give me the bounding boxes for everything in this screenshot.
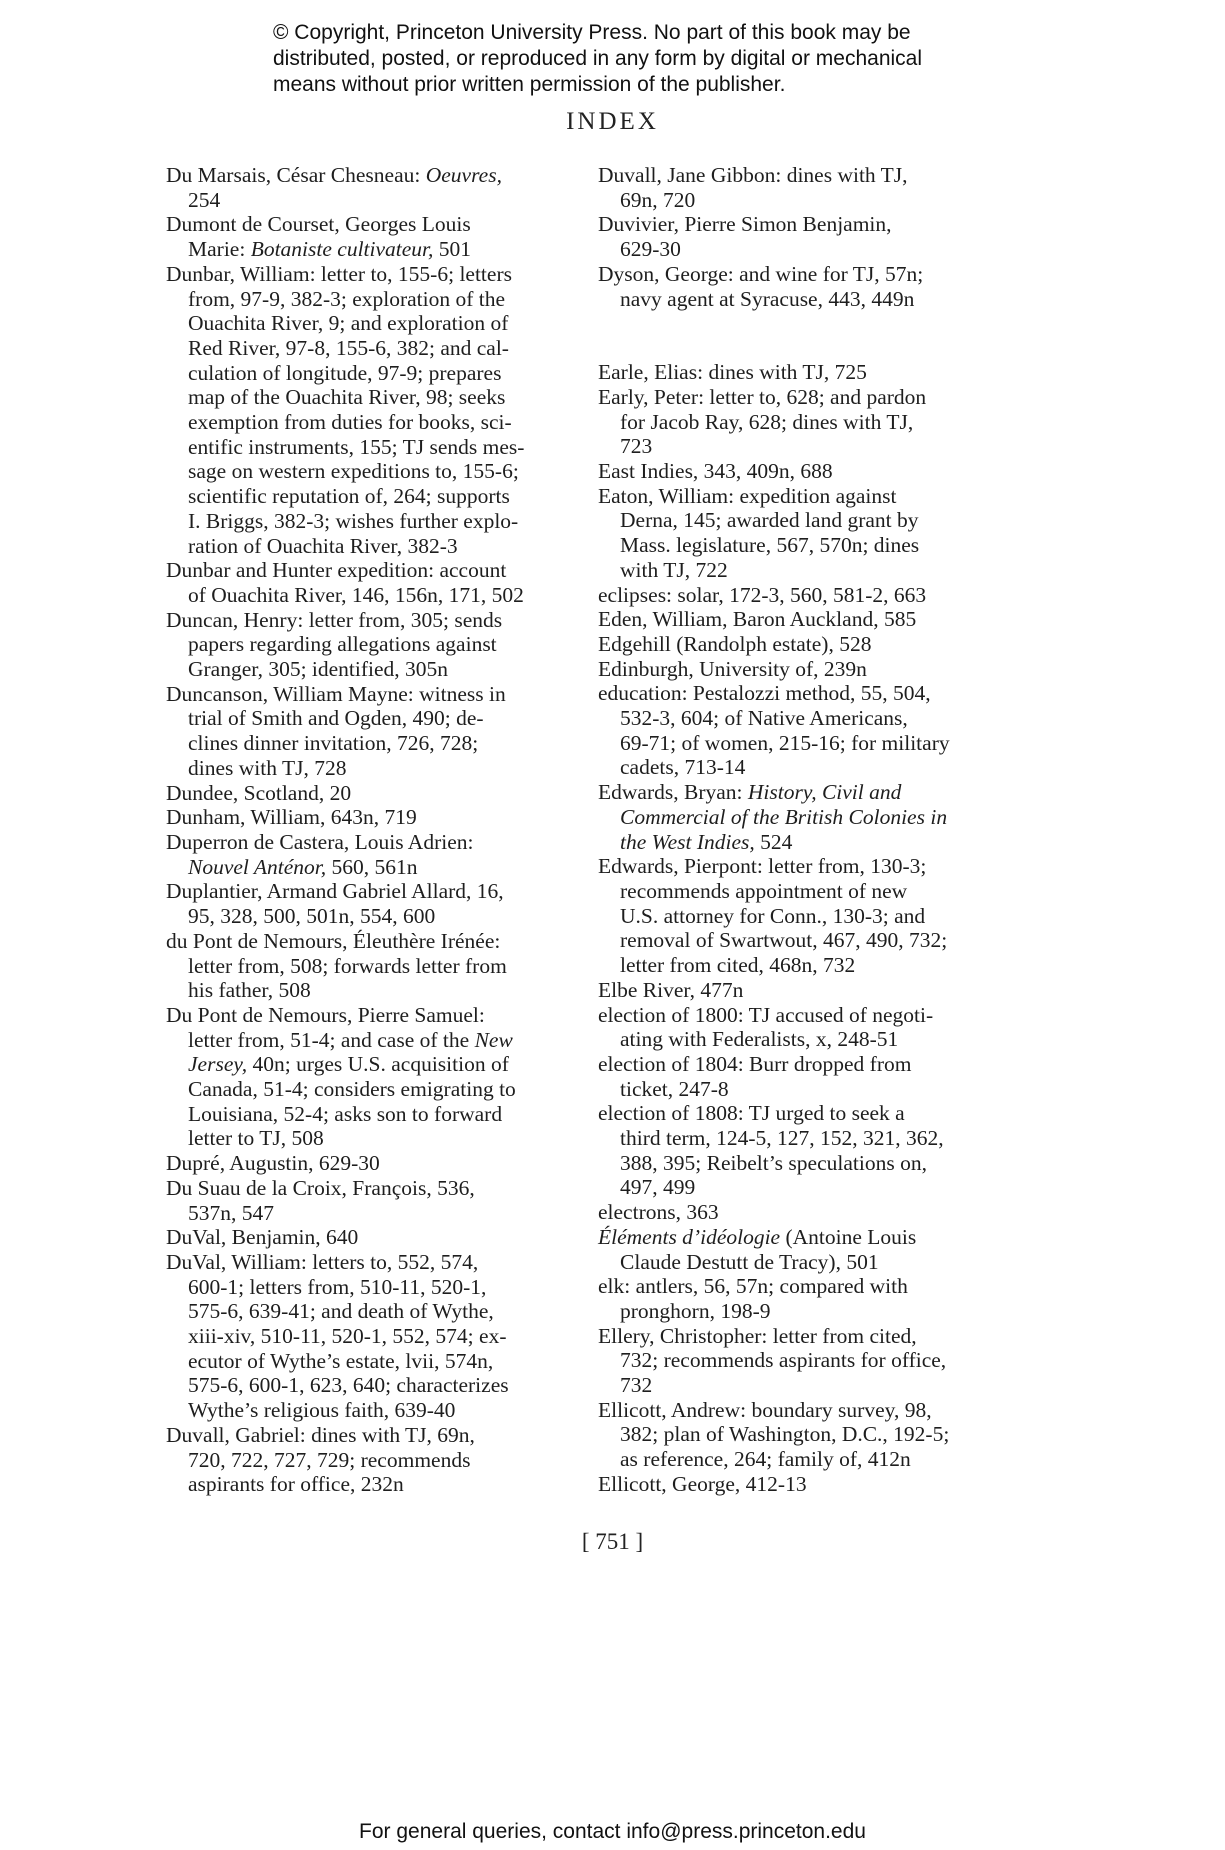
entry-text: 575-6, 600-1, 623, 640; characterizes [188, 1373, 509, 1397]
index-entry-continuation-line: navy agent at Syracuse, 443, 449n [598, 287, 1018, 312]
index-entry: DuVal, William: letters to, 552, 574,600… [166, 1250, 576, 1423]
index-entry-continuation-line: removal of Swartwout, 467, 490, 732; [598, 928, 1018, 953]
index-entry-continuation-line: map of the Ouachita River, 98; seeks [166, 385, 576, 410]
entry-text: I. Briggs, 382-3; wishes further explo- [188, 509, 518, 533]
index-entry-heading-line: Ellery, Christopher: letter from cited, [598, 1324, 1018, 1349]
index-entry-continuation-line: letter from, 51-4; and case of the New [166, 1028, 576, 1053]
entry-text: Dunbar, William: letter to, 155-6; lette… [166, 262, 512, 286]
entry-text: Duncan, Henry: letter from, 305; sends [166, 608, 502, 632]
index-entry-heading-line: Edinburgh, University of, 239n [598, 657, 1018, 682]
entry-text: Marie: [188, 237, 251, 261]
entry-text: Edwards, Pierpont: letter from, 130-3; [598, 854, 926, 878]
index-entry-heading-line: Duncan, Henry: letter from, 305; sends [166, 608, 576, 633]
entry-text: ticket, 247-8 [620, 1077, 729, 1101]
index-entry: Dunbar and Hunter expedition: accountof … [166, 558, 576, 607]
entry-text: 69-71; of women, 215-16; for military [620, 731, 950, 755]
entry-text: Duvall, Jane Gibbon: dines with TJ, [598, 163, 908, 187]
index-entry: Eden, William, Baron Auckland, 585 [598, 607, 1018, 632]
entry-text: Du Suau de la Croix, François, 536, [166, 1176, 475, 1200]
index-entry-heading-line: Elbe River, 477n [598, 978, 1018, 1003]
index-entry-continuation-line: ating with Federalists, x, 248-51 [598, 1027, 1018, 1052]
index-entry-continuation-line: Commercial of the British Colonies in [598, 805, 1018, 830]
index-entry: Dumont de Courset, Georges LouisMarie: B… [166, 212, 576, 261]
index-entry: Dunham, William, 643n, 719 [166, 805, 576, 830]
index-entry-heading-line: Eaton, William: expedition against [598, 484, 1018, 509]
index-entry: Dundee, Scotland, 20 [166, 781, 576, 806]
entry-text: for Jacob Ray, 628; dines with TJ, [620, 410, 913, 434]
entry-text: Mass. legislature, 567, 570n; dines [620, 533, 919, 557]
index-entry: election of 1808: TJ urged to seek athir… [598, 1101, 1018, 1200]
index-entry-continuation-line: Nouvel Anténor, 560, 561n [166, 855, 576, 880]
index-entry: Dunbar, William: letter to, 155-6; lette… [166, 262, 576, 558]
letter-section-gap [598, 311, 1018, 360]
index-entry: Duperron de Castera, Louis Adrien:Nouvel… [166, 830, 576, 879]
italic-title-text: History, Civil and [748, 780, 902, 804]
index-entry: Duvivier, Pierre Simon Benjamin,629-30 [598, 212, 1018, 261]
index-entry-heading-line: Du Pont de Nemours, Pierre Samuel: [166, 1003, 576, 1028]
copyright-notice: © Copyright, Princeton University Press.… [273, 20, 993, 98]
index-entry: Edwards, Bryan: History, Civil andCommer… [598, 780, 1018, 854]
entry-text: from, 97-9, 382-3; exploration of the [188, 287, 505, 311]
entry-text: letter from cited, 468n, 732 [620, 953, 855, 977]
entry-text: 732 [620, 1373, 652, 1397]
index-entry-heading-line: Duplantier, Armand Gabriel Allard, 16, [166, 879, 576, 904]
index-entry: Edgehill (Randolph estate), 528 [598, 632, 1018, 657]
entry-text: Wythe’s religious faith, 639-40 [188, 1398, 455, 1422]
entry-text: electrons, 363 [598, 1200, 719, 1224]
entry-text: Early, Peter: letter to, 628; and pardon [598, 385, 926, 409]
index-entry-continuation-line: letter from, 508; forwards letter from [166, 954, 576, 979]
entry-text: ating with Federalists, x, 248-51 [620, 1027, 898, 1051]
entry-text: cadets, 713-14 [620, 755, 745, 779]
index-entry-continuation-line: Canada, 51-4; considers emigrating to [166, 1077, 576, 1102]
index-entry: Elbe River, 477n [598, 978, 1018, 1003]
entry-text: Duvall, Gabriel: dines with TJ, 69n, [166, 1423, 475, 1447]
index-entry-continuation-line: cadets, 713-14 [598, 755, 1018, 780]
entry-text: DuVal, William: letters to, 552, 574, [166, 1250, 478, 1274]
entry-text: Dyson, George: and wine for TJ, 57n; [598, 262, 923, 286]
index-entry-continuation-line: I. Briggs, 382-3; wishes further explo- [166, 509, 576, 534]
index-entry: Ellery, Christopher: letter from cited,7… [598, 1324, 1018, 1398]
entry-text: map of the Ouachita River, 98; seeks [188, 385, 505, 409]
entry-text: Claude Destutt de Tracy), 501 [620, 1250, 879, 1274]
entry-text: papers regarding allegations against [188, 632, 497, 656]
entry-text: Duncanson, William Mayne: witness in [166, 682, 506, 706]
entry-text: Du Marsais, César Chesneau: [166, 163, 426, 187]
index-entry-heading-line: DuVal, Benjamin, 640 [166, 1225, 576, 1250]
entry-text: 524 [755, 830, 793, 854]
index-entry-heading-line: elk: antlers, 56, 57n; compared with [598, 1274, 1018, 1299]
index-entry-continuation-line: culation of longitude, 97-9; prepares [166, 361, 576, 386]
index-entry-continuation-line: dines with TJ, 728 [166, 756, 576, 781]
index-entry-continuation-line: Derna, 145; awarded land grant by [598, 508, 1018, 533]
entry-text: Duvivier, Pierre Simon Benjamin, [598, 212, 892, 236]
index-entry-continuation-line: Louisiana, 52-4; asks son to forward [166, 1102, 576, 1127]
index-entry-heading-line: electrons, 363 [598, 1200, 1018, 1225]
index-entry-continuation-line: 388, 395; Reibelt’s speculations on, [598, 1151, 1018, 1176]
entry-text: dines with TJ, 728 [188, 756, 346, 780]
entry-text: 600-1; letters from, 510-11, 520-1, [188, 1275, 486, 1299]
entry-text: Dupré, Augustin, 629-30 [166, 1151, 380, 1175]
index-entry-continuation-line: Wythe’s religious faith, 639-40 [166, 1398, 576, 1423]
index-entry-continuation-line: 720, 722, 727, 729; recommends [166, 1448, 576, 1473]
entry-text: eclipses: solar, 172-3, 560, 581-2, 663 [598, 583, 926, 607]
index-entry-heading-line: Duvall, Gabriel: dines with TJ, 69n, [166, 1423, 576, 1448]
index-entry-continuation-line: entific instruments, 155; TJ sends mes- [166, 435, 576, 460]
entry-text: as reference, 264; family of, 412n [620, 1447, 911, 1471]
index-entry-continuation-line: clines dinner invitation, 726, 728; [166, 731, 576, 756]
index-entry-heading-line: Du Marsais, César Chesneau: Oeuvres, [166, 163, 576, 188]
index-entry-heading-line: Dupré, Augustin, 629-30 [166, 1151, 576, 1176]
entry-text: Edinburgh, University of, 239n [598, 657, 867, 681]
entry-text: 732; recommends aspirants for office, [620, 1348, 946, 1372]
index-entry-continuation-line: 575-6, 639-41; and death of Wythe, [166, 1299, 576, 1324]
index-entry-continuation-line: 723 [598, 434, 1018, 459]
entry-text: Duperron de Castera, Louis Adrien: [166, 830, 474, 854]
index-entry-heading-line: Duperron de Castera, Louis Adrien: [166, 830, 576, 855]
entry-text: Edwards, Bryan: [598, 780, 748, 804]
index-entry: East Indies, 343, 409n, 688 [598, 459, 1018, 484]
entry-text: navy agent at Syracuse, 443, 449n [620, 287, 914, 311]
index-entry: Du Pont de Nemours, Pierre Samuel:letter… [166, 1003, 576, 1151]
index-entry: Duvall, Gabriel: dines with TJ, 69n,720,… [166, 1423, 576, 1497]
entry-text: Dundee, Scotland, 20 [166, 781, 351, 805]
entry-text: recommends appointment of new [620, 879, 907, 903]
index-entry-continuation-line: 95, 328, 500, 501n, 554, 600 [166, 904, 576, 929]
entry-text: third term, 124-5, 127, 152, 321, 362, [620, 1126, 944, 1150]
entry-text: education: Pestalozzi method, 55, 504, [598, 681, 931, 705]
index-entry-continuation-line: the West Indies, 524 [598, 830, 1018, 855]
index-entry-heading-line: election of 1800: TJ accused of negoti- [598, 1003, 1018, 1028]
italic-title-text: Éléments d’idéologie [598, 1225, 780, 1249]
index-entry-heading-line: Edwards, Pierpont: letter from, 130-3; [598, 854, 1018, 879]
entry-text: 575-6, 639-41; and death of Wythe, [188, 1299, 494, 1323]
index-entry-continuation-line: Marie: Botaniste cultivateur, 501 [166, 237, 576, 262]
entry-text: aspirants for office, 232n [188, 1472, 404, 1496]
entry-text: ration of Ouachita River, 382-3 [188, 534, 458, 558]
index-entry-continuation-line: sage on western expeditions to, 155-6; [166, 459, 576, 484]
entry-text: letter from, 51-4; and case of the [188, 1028, 475, 1052]
index-entry-heading-line: Duncanson, William Mayne: witness in [166, 682, 576, 707]
entry-text: Dunham, William, 643n, 719 [166, 805, 417, 829]
index-entry-heading-line: election of 1808: TJ urged to seek a [598, 1101, 1018, 1126]
index-entry-heading-line: education: Pestalozzi method, 55, 504, [598, 681, 1018, 706]
entry-text: with TJ, 722 [620, 558, 728, 582]
page-number: [ 751 ] [0, 1529, 1225, 1555]
entry-text: Duplantier, Armand Gabriel Allard, 16, [166, 879, 504, 903]
copyright-line: distributed, posted, or reproduced in an… [273, 46, 993, 72]
index-entry-heading-line: eclipses: solar, 172-3, 560, 581-2, 663 [598, 583, 1018, 608]
index-entry-heading-line: Duvivier, Pierre Simon Benjamin, [598, 212, 1018, 237]
contact-footer: For general queries, contact info@press.… [0, 1820, 1225, 1844]
index-entry-heading-line: Dunham, William, 643n, 719 [166, 805, 576, 830]
entry-text: Ellicott, Andrew: boundary survey, 98, [598, 1398, 932, 1422]
entry-text: Eaton, William: expedition against [598, 484, 896, 508]
index-entry: Ellicott, George, 412-13 [598, 1472, 1018, 1497]
entry-text: 69n, 720 [620, 188, 695, 212]
index-entry-continuation-line: letter to TJ, 508 [166, 1126, 576, 1151]
italic-title-text: Botaniste cultivateur, [251, 237, 434, 261]
index-entry-continuation-line: from, 97-9, 382-3; exploration of the [166, 287, 576, 312]
index-entry-continuation-line: aspirants for office, 232n [166, 1472, 576, 1497]
entry-text: Eden, William, Baron Auckland, 585 [598, 607, 916, 631]
index-entry-heading-line: Eden, William, Baron Auckland, 585 [598, 607, 1018, 632]
index-entry: Dupré, Augustin, 629-30 [166, 1151, 576, 1176]
index-entry: Duplantier, Armand Gabriel Allard, 16,95… [166, 879, 576, 928]
entry-text: election of 1804: Burr dropped from [598, 1052, 911, 1076]
entry-text: 382; plan of Washington, D.C., 192-5; [620, 1422, 949, 1446]
index-entry: Du Marsais, César Chesneau: Oeuvres,254 [166, 163, 576, 212]
entry-text: Dumont de Courset, Georges Louis [166, 212, 471, 236]
entry-text: Ouachita River, 9; and exploration of [188, 311, 508, 335]
index-entry-continuation-line: 382; plan of Washington, D.C., 192-5; [598, 1422, 1018, 1447]
index-entry-continuation-line: trial of Smith and Ogden, 490; de- [166, 706, 576, 731]
index-entry: Earle, Elias: dines with TJ, 725 [598, 360, 1018, 385]
index-entry-continuation-line: 629-30 [598, 237, 1018, 262]
index-entry-continuation-line: exemption from duties for books, sci- [166, 410, 576, 435]
entry-text: election of 1800: TJ accused of negoti- [598, 1003, 933, 1027]
index-entry: DuVal, Benjamin, 640 [166, 1225, 576, 1250]
index-entry-continuation-line: 732 [598, 1373, 1018, 1398]
entry-text: election of 1808: TJ urged to seek a [598, 1101, 905, 1125]
index-entry-continuation-line: Claude Destutt de Tracy), 501 [598, 1250, 1018, 1275]
entry-text: 388, 395; Reibelt’s speculations on, [620, 1151, 927, 1175]
entry-text: Earle, Elias: dines with TJ, 725 [598, 360, 867, 384]
index-entry-continuation-line: with TJ, 722 [598, 558, 1018, 583]
index-entry-heading-line: Duvall, Jane Gibbon: dines with TJ, [598, 163, 1018, 188]
index-entry-continuation-line: 532-3, 604; of Native Americans, [598, 706, 1018, 731]
index-entry-continuation-line: xiii-xiv, 510-11, 520-1, 552, 574; ex- [166, 1324, 576, 1349]
entry-text: scientific reputation of, 264; supports [188, 484, 510, 508]
index-entry: Dyson, George: and wine for TJ, 57n;navy… [598, 262, 1018, 311]
entry-text: exemption from duties for books, sci- [188, 410, 512, 434]
index-entry-continuation-line: ration of Ouachita River, 382-3 [166, 534, 576, 559]
index-entry: Early, Peter: letter to, 628; and pardon… [598, 385, 1018, 459]
entry-text: removal of Swartwout, 467, 490, 732; [620, 928, 947, 952]
index-entry-heading-line: Early, Peter: letter to, 628; and pardon [598, 385, 1018, 410]
entry-text: DuVal, Benjamin, 640 [166, 1225, 358, 1249]
index-entry-continuation-line: as reference, 264; family of, 412n [598, 1447, 1018, 1472]
index-entry-continuation-line: third term, 124-5, 127, 152, 321, 362, [598, 1126, 1018, 1151]
index-entry-heading-line: East Indies, 343, 409n, 688 [598, 459, 1018, 484]
entry-text: Du Pont de Nemours, Pierre Samuel: [166, 1003, 485, 1027]
entry-text: xiii-xiv, 510-11, 520-1, 552, 574; ex- [188, 1324, 506, 1348]
entry-text: du Pont de Nemours, Éleuthère Irénée: [166, 929, 500, 953]
entry-text: culation of longitude, 97-9; prepares [188, 361, 501, 385]
index-entry: education: Pestalozzi method, 55, 504,53… [598, 681, 1018, 780]
entry-text: his father, 508 [188, 978, 311, 1002]
index-entry: Éléments d’idéologie (Antoine LouisClaud… [598, 1225, 1018, 1274]
italic-title-text: Oeuvres, [426, 163, 502, 187]
index-entry-continuation-line: Mass. legislature, 567, 570n; dines [598, 533, 1018, 558]
entry-text: Canada, 51-4; considers emigrating to [188, 1077, 516, 1101]
entry-text: elk: antlers, 56, 57n; compared with [598, 1274, 908, 1298]
index-entry: election of 1804: Burr dropped fromticke… [598, 1052, 1018, 1101]
index-entry-heading-line: Edgehill (Randolph estate), 528 [598, 632, 1018, 657]
index-entry-continuation-line: scientific reputation of, 264; supports [166, 484, 576, 509]
entry-text: Granger, 305; identified, 305n [188, 657, 448, 681]
entry-text: sage on western expeditions to, 155-6; [188, 459, 519, 483]
index-entry: Ellicott, Andrew: boundary survey, 98,38… [598, 1398, 1018, 1472]
index-entry-continuation-line: Red River, 97-8, 155-6, 382; and cal- [166, 336, 576, 361]
entry-text: 723 [620, 434, 652, 458]
index-entry-continuation-line: papers regarding allegations against [166, 632, 576, 657]
index-entry-continuation-line: ecutor of Wythe’s estate, lvii, 574n, [166, 1349, 576, 1374]
italic-title-text: Jersey, [188, 1052, 247, 1076]
index-entry-continuation-line: ticket, 247-8 [598, 1077, 1018, 1102]
entry-text: Ellery, Christopher: letter from cited, [598, 1324, 917, 1348]
index-entry-heading-line: Éléments d’idéologie (Antoine Louis [598, 1225, 1018, 1250]
entry-text: Dunbar and Hunter expedition: account [166, 558, 506, 582]
copyright-line: © Copyright, Princeton University Press.… [273, 20, 993, 46]
entry-text: pronghorn, 198-9 [620, 1299, 770, 1323]
italic-title-text: Nouvel Anténor, [188, 855, 326, 879]
entry-text: ecutor of Wythe’s estate, lvii, 574n, [188, 1349, 493, 1373]
index-entry: election of 1800: TJ accused of negoti-a… [598, 1003, 1018, 1052]
entry-text: 532-3, 604; of Native Americans, [620, 706, 908, 730]
entry-text: Louisiana, 52-4; asks son to forward [188, 1102, 502, 1126]
index-entry: Duncan, Henry: letter from, 305; sendspa… [166, 608, 576, 682]
index-entry-continuation-line: of Ouachita River, 146, 156n, 171, 502 [166, 583, 576, 608]
entry-text: letter to TJ, 508 [188, 1126, 324, 1150]
index-column-left: Du Marsais, César Chesneau: Oeuvres,254D… [166, 163, 576, 1497]
index-entry-continuation-line: U.S. attorney for Conn., 130-3; and [598, 904, 1018, 929]
index-entry-heading-line: Dunbar and Hunter expedition: account [166, 558, 576, 583]
index-entry-heading-line: Dumont de Courset, Georges Louis [166, 212, 576, 237]
index-entry: Edinburgh, University of, 239n [598, 657, 1018, 682]
entry-text: 501 [433, 237, 471, 261]
index-entry-heading-line: Dyson, George: and wine for TJ, 57n; [598, 262, 1018, 287]
entry-text: Derna, 145; awarded land grant by [620, 508, 919, 532]
copyright-line: means without prior written permission o… [273, 72, 993, 98]
index-entry-heading-line: du Pont de Nemours, Éleuthère Irénée: [166, 929, 576, 954]
index-entry-continuation-line: Jersey, 40n; urges U.S. acquisition of [166, 1052, 576, 1077]
index-entry-continuation-line: letter from cited, 468n, 732 [598, 953, 1018, 978]
index-entry-continuation-line: his father, 508 [166, 978, 576, 1003]
index-entry-continuation-line: 600-1; letters from, 510-11, 520-1, [166, 1275, 576, 1300]
index-entry: electrons, 363 [598, 1200, 1018, 1225]
index-entry-continuation-line: for Jacob Ray, 628; dines with TJ, [598, 410, 1018, 435]
index-entry-heading-line: Dunbar, William: letter to, 155-6; lette… [166, 262, 576, 287]
entry-text: Elbe River, 477n [598, 978, 743, 1002]
entry-text: of Ouachita River, 146, 156n, 171, 502 [188, 583, 524, 607]
page-title: INDEX [0, 108, 1225, 136]
index-entry-heading-line: Ellicott, Andrew: boundary survey, 98, [598, 1398, 1018, 1423]
index-entry-continuation-line: Granger, 305; identified, 305n [166, 657, 576, 682]
index-entry-heading-line: Du Suau de la Croix, François, 536, [166, 1176, 576, 1201]
index-entry-continuation-line: 254 [166, 188, 576, 213]
index-entry-continuation-line: recommends appointment of new [598, 879, 1018, 904]
index-entry-continuation-line: 537n, 547 [166, 1201, 576, 1226]
index-entry-heading-line: Ellicott, George, 412-13 [598, 1472, 1018, 1497]
entry-text: clines dinner invitation, 726, 728; [188, 731, 478, 755]
entry-text: Red River, 97-8, 155-6, 382; and cal- [188, 336, 509, 360]
entry-text: U.S. attorney for Conn., 130-3; and [620, 904, 925, 928]
entry-text: 95, 328, 500, 501n, 554, 600 [188, 904, 435, 928]
index-entry: Edwards, Pierpont: letter from, 130-3;re… [598, 854, 1018, 978]
entry-text: 497, 499 [620, 1175, 695, 1199]
index-entry-heading-line: Dundee, Scotland, 20 [166, 781, 576, 806]
index-entry-continuation-line: 497, 499 [598, 1175, 1018, 1200]
entry-text: 254 [188, 188, 220, 212]
entry-text: East Indies, 343, 409n, 688 [598, 459, 833, 483]
entry-text: Edgehill (Randolph estate), 528 [598, 632, 871, 656]
index-entry-continuation-line: 69-71; of women, 215-16; for military [598, 731, 1018, 756]
index-entry: Duvall, Jane Gibbon: dines with TJ,69n, … [598, 163, 1018, 212]
index-entry-heading-line: Edwards, Bryan: History, Civil and [598, 780, 1018, 805]
entry-text: (Antoine Louis [780, 1225, 916, 1249]
index-entry-continuation-line: 69n, 720 [598, 188, 1018, 213]
index-entry: elk: antlers, 56, 57n; compared withpron… [598, 1274, 1018, 1323]
entry-text: Ellicott, George, 412-13 [598, 1472, 807, 1496]
entry-text: trial of Smith and Ogden, 490; de- [188, 706, 484, 730]
index-entry: Eaton, William: expedition againstDerna,… [598, 484, 1018, 583]
index-entry-continuation-line: 732; recommends aspirants for office, [598, 1348, 1018, 1373]
index-entry-heading-line: election of 1804: Burr dropped from [598, 1052, 1018, 1077]
index-entry: Duncanson, William Mayne: witness intria… [166, 682, 576, 781]
index-entry-continuation-line: Ouachita River, 9; and exploration of [166, 311, 576, 336]
index-entry: Du Suau de la Croix, François, 536,537n,… [166, 1176, 576, 1225]
entry-text: letter from, 508; forwards letter from [188, 954, 507, 978]
entry-text: 720, 722, 727, 729; recommends [188, 1448, 470, 1472]
index-column-right: Duvall, Jane Gibbon: dines with TJ,69n, … [598, 163, 1018, 1497]
index-entry-continuation-line: 575-6, 600-1, 623, 640; characterizes [166, 1373, 576, 1398]
index-entry: du Pont de Nemours, Éleuthère Irénée:let… [166, 929, 576, 1003]
entry-text: 560, 561n [326, 855, 417, 879]
italic-title-text: Commercial of the British Colonies in [620, 805, 947, 829]
index-entry-continuation-line: pronghorn, 198-9 [598, 1299, 1018, 1324]
index-entry-heading-line: DuVal, William: letters to, 552, 574, [166, 1250, 576, 1275]
entry-text: 537n, 547 [188, 1201, 274, 1225]
index-entry-heading-line: Earle, Elias: dines with TJ, 725 [598, 360, 1018, 385]
entry-text: 40n; urges U.S. acquisition of [247, 1052, 509, 1076]
entry-text: 629-30 [620, 237, 681, 261]
italic-title-text: New [475, 1028, 513, 1052]
index-entry: eclipses: solar, 172-3, 560, 581-2, 663 [598, 583, 1018, 608]
italic-title-text: the West Indies, [620, 830, 755, 854]
entry-text: entific instruments, 155; TJ sends mes- [188, 435, 524, 459]
